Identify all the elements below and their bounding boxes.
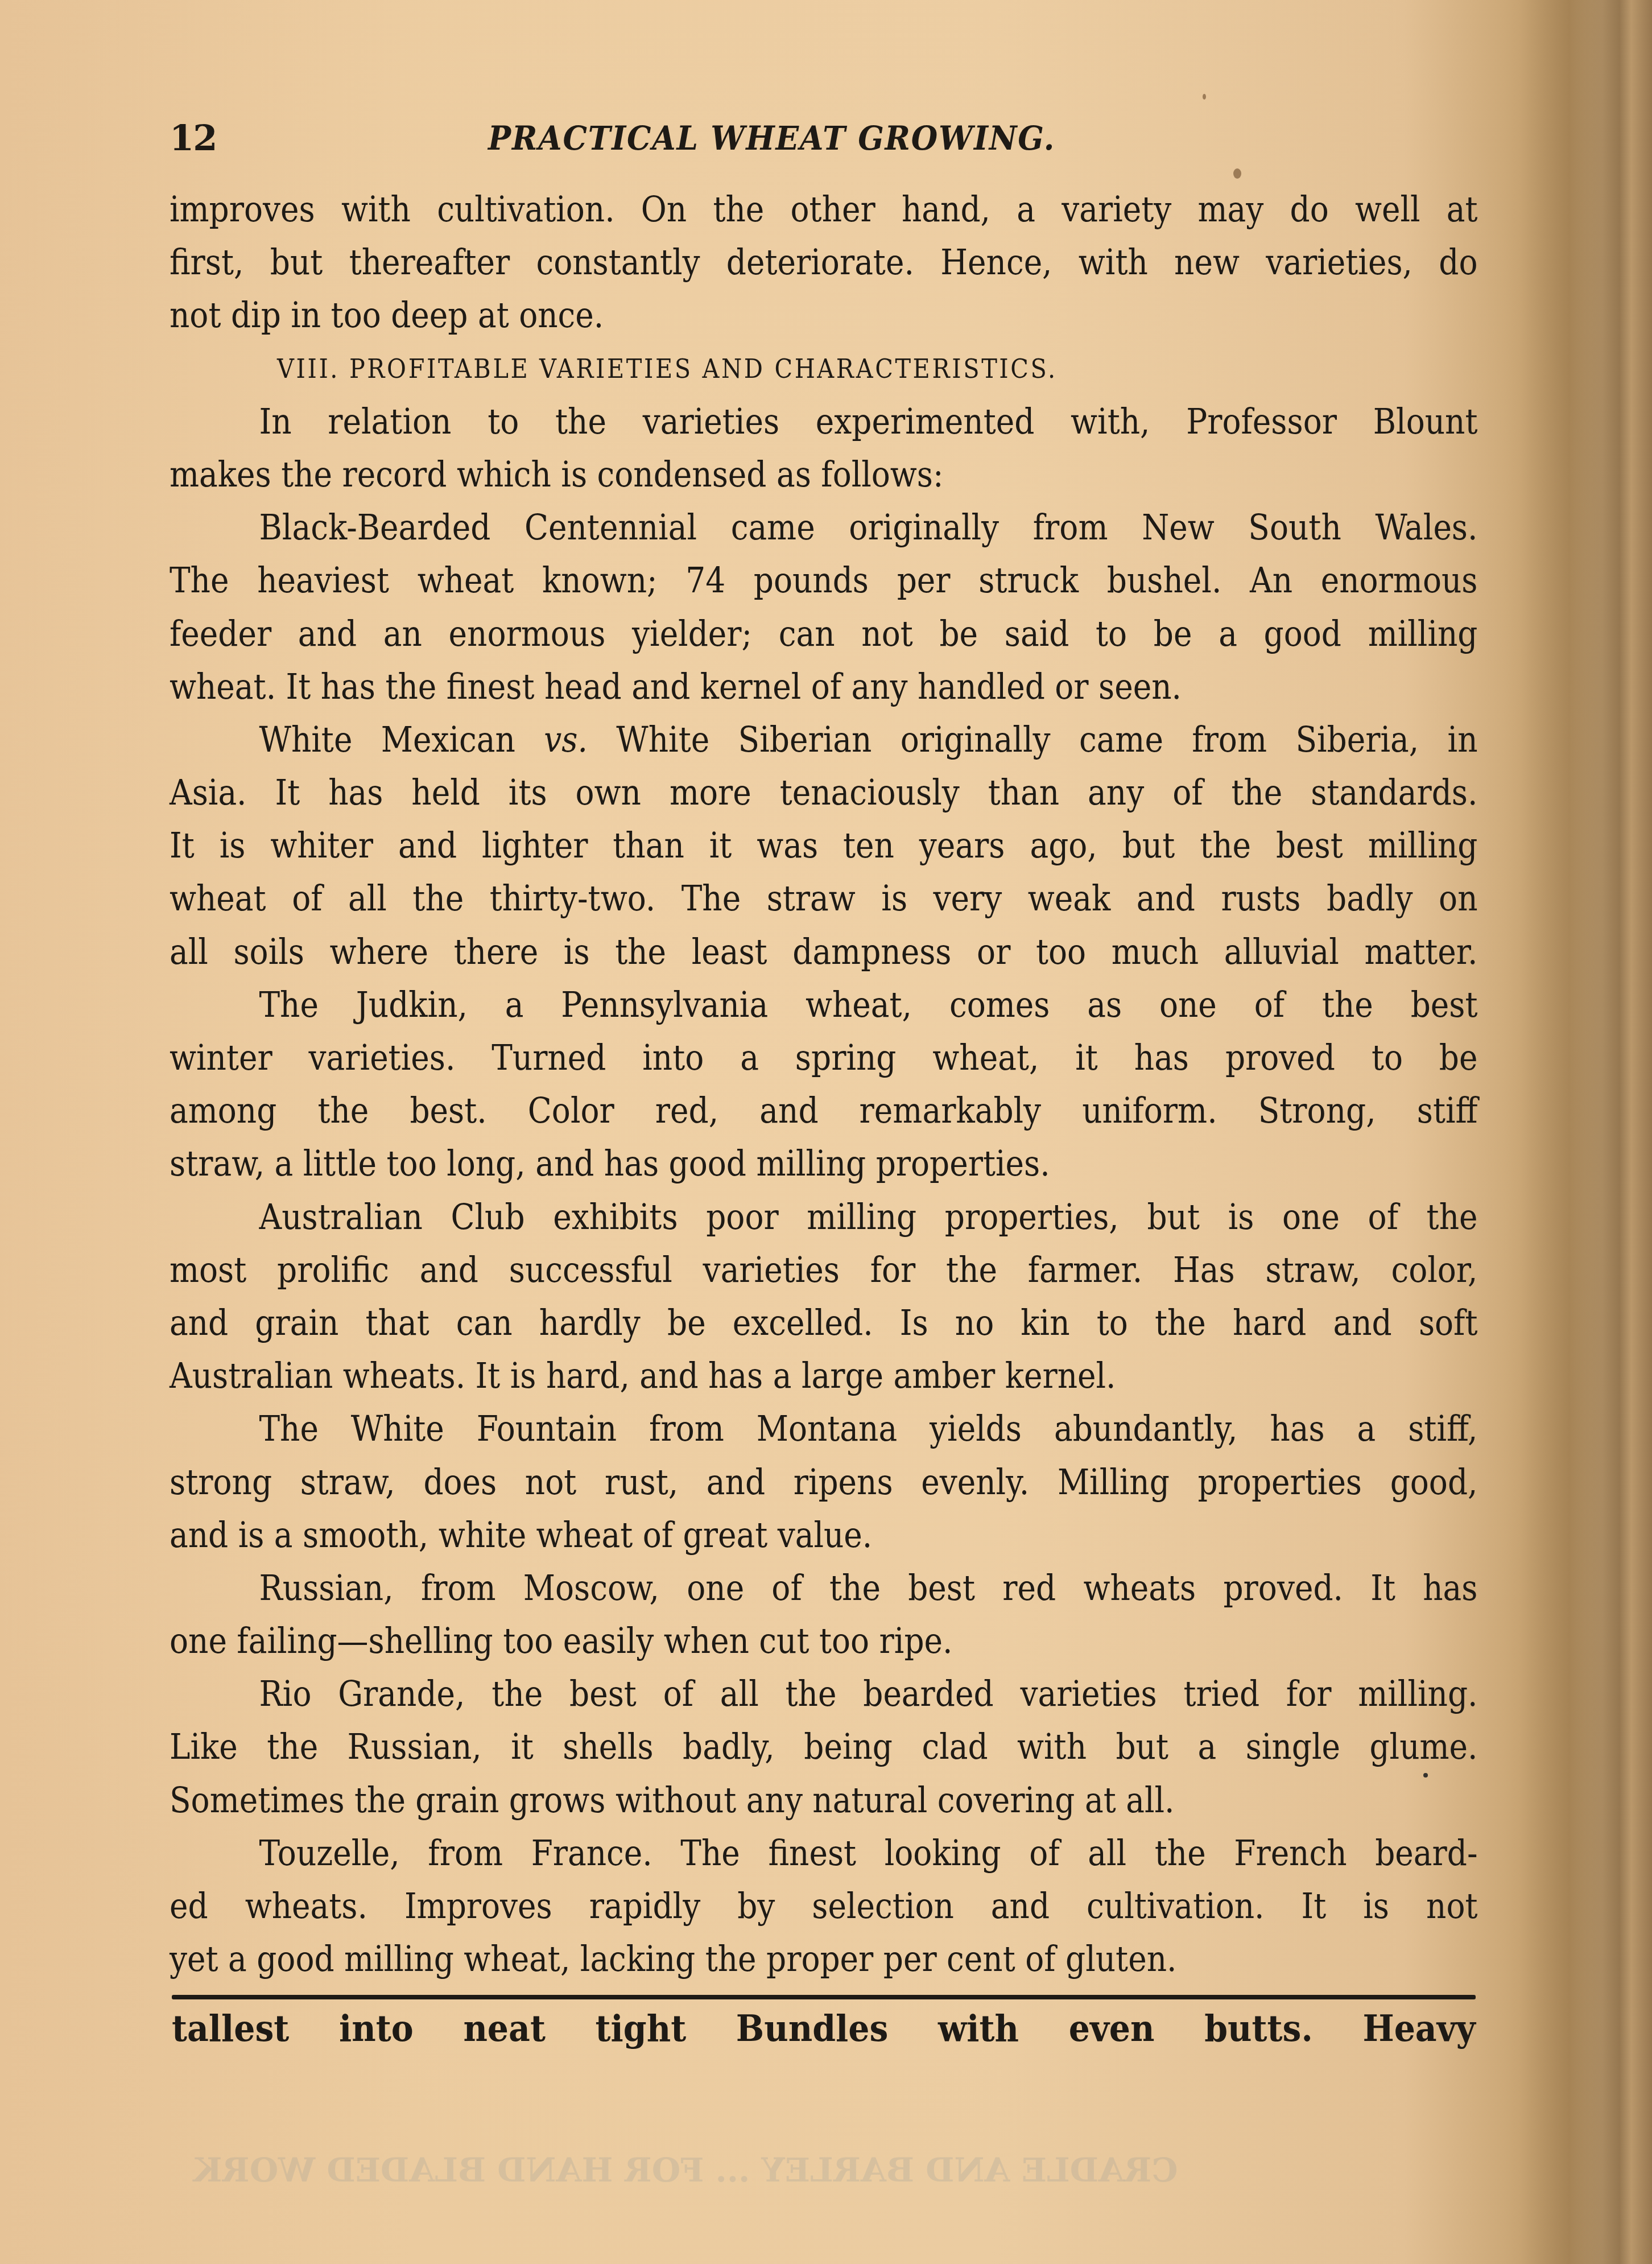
- text-line: Like the Russian, it shells badly, being…: [170, 1721, 1478, 1774]
- text-line: first, but thereafter constantly deterio…: [170, 236, 1478, 289]
- ink-speck: [1233, 168, 1241, 179]
- text-line: winter varieties. Turned into a spring w…: [170, 1032, 1478, 1084]
- text-line: most prolific and successful varieties f…: [170, 1244, 1478, 1297]
- italic-vs: vs.: [544, 720, 588, 760]
- text-line: yet a good milling wheat, lacking the pr…: [170, 1933, 1478, 1986]
- text-line: straw, a little too long, and has good m…: [170, 1137, 1478, 1190]
- text-line: Asia. It has held its own more tenacious…: [170, 766, 1478, 819]
- text-fragment: White Siberian originally came from Sibe…: [588, 720, 1478, 760]
- section-heading: VIII. PROFITABLE VARIETIES AND CHARACTER…: [170, 343, 1347, 395]
- text-line: It is whiter and lighter than it was ten…: [170, 819, 1478, 872]
- paragraph-australian-club: Australian Club exhibits poor milling pr…: [170, 1191, 1478, 1244]
- text-line: all soils where there is the least dampn…: [170, 926, 1478, 979]
- paragraph-rio-grande: Rio Grande, the best of all the bearded …: [170, 1668, 1478, 1721]
- text-line: The heaviest wheat known; 74 pounds per …: [170, 554, 1478, 607]
- paragraph-black-bearded-centennial: Black-Bearded Centennial came originally…: [170, 501, 1478, 554]
- text-line: wheat. It has the finest head and kernel…: [170, 661, 1478, 714]
- advertisement-text: tallest into neat tight Bundles with eve…: [172, 2002, 1476, 2056]
- text-line: ed wheats. Improves rapidly by selection…: [170, 1880, 1478, 1933]
- paragraph-white-mexican: White Mexican vs. White Siberian origina…: [170, 714, 1478, 766]
- book-page: 12 PRACTICAL WHEAT GROWING. improves wit…: [0, 0, 1652, 2264]
- paragraph-touzelle: Touzelle, from France. The finest lookin…: [170, 1827, 1478, 1880]
- body-text: improves with cultivation. On the other …: [170, 183, 1478, 1986]
- running-head: 12 PRACTICAL WHEAT GROWING.: [170, 113, 1478, 164]
- text-line: In relation to the varieties experimente…: [170, 395, 1478, 448]
- paragraph-russian: Russian, from Moscow, one of the best re…: [170, 1562, 1478, 1615]
- text-line: one failing—shelling too easily when cut…: [170, 1615, 1478, 1668]
- advertisement-line: tallest into neat tight Bundles with eve…: [172, 2002, 1476, 2056]
- text-line: and grain that can hardly be excelled. I…: [170, 1297, 1478, 1350]
- show-through-text: CRADLE AND BARLEY ... FOR HAND BLADED WO…: [193, 2151, 1178, 2189]
- text-line: wheat of all the thirty-two. The straw i…: [170, 872, 1478, 925]
- text-line: feeder and an enormous yielder; can not …: [170, 608, 1478, 661]
- page-number: 12: [170, 113, 216, 164]
- horizontal-rule: [172, 1995, 1476, 1999]
- text-line: improves with cultivation. On the other …: [170, 183, 1478, 236]
- ink-speck: [1203, 94, 1206, 100]
- text-line: not dip in too deep at once.: [170, 289, 1478, 342]
- paragraph-white-fountain: The White Fountain from Montana yields a…: [170, 1403, 1478, 1455]
- paragraph-judkin: The Judkin, a Pennsylvania wheat, comes …: [170, 979, 1478, 1032]
- spine-shadow: [1504, 0, 1652, 2264]
- text-line: Australian wheats. It is hard, and has a…: [170, 1350, 1478, 1403]
- running-title: PRACTICAL WHEAT GROWING.: [488, 113, 1055, 164]
- text-line: strong straw, does not rust, and ripens …: [170, 1456, 1478, 1509]
- text-line: makes the record which is condensed as f…: [170, 448, 1478, 501]
- text-fragment: White Mexican: [259, 720, 544, 760]
- text-line: among the best. Color red, and remarkabl…: [170, 1084, 1478, 1137]
- text-line: Sometimes the grain grows without any na…: [170, 1774, 1478, 1827]
- text-line: and is a smooth, white wheat of great va…: [170, 1509, 1478, 1562]
